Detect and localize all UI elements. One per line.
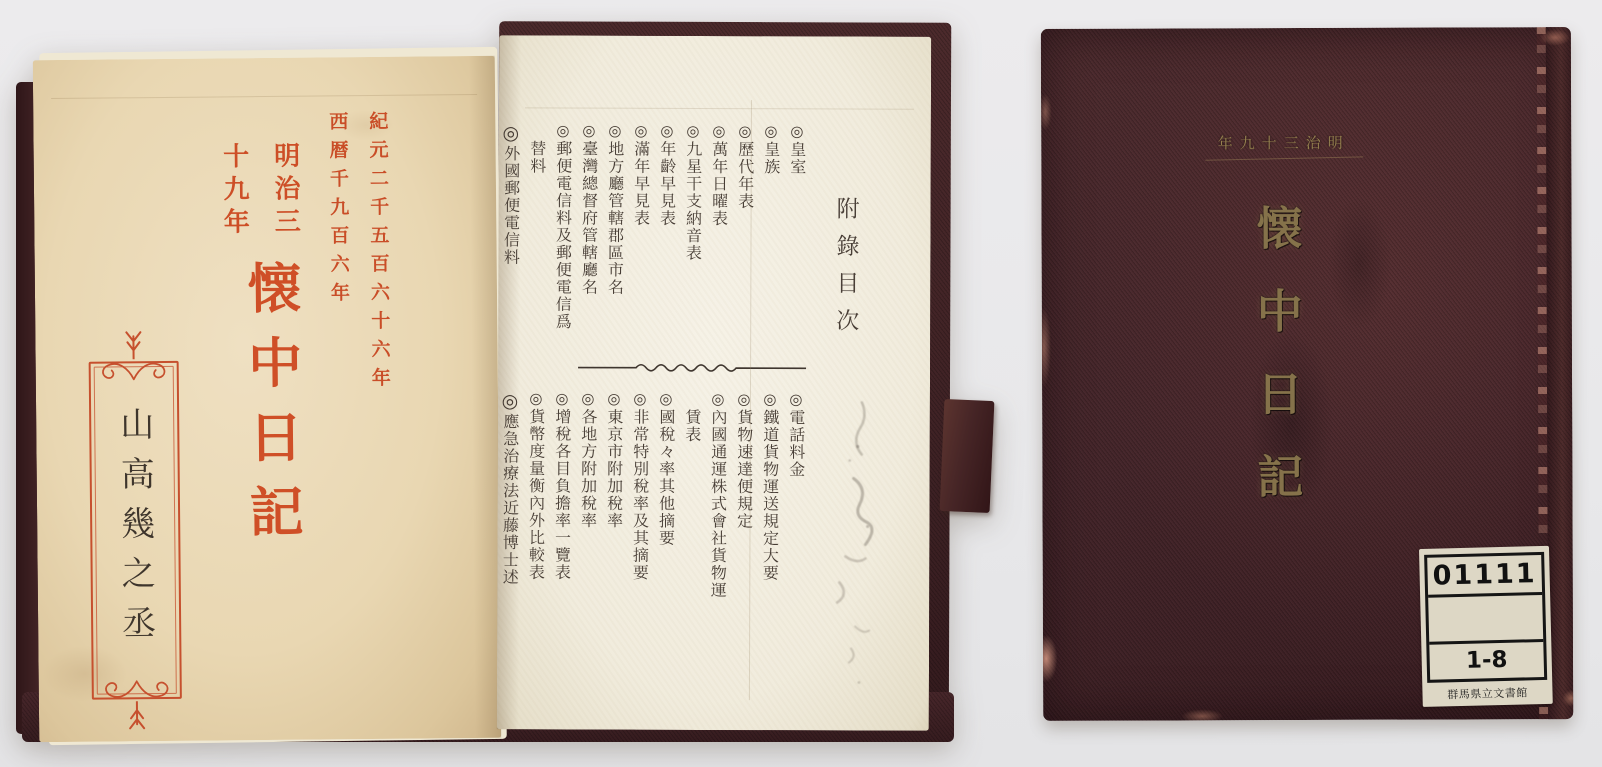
toc-item-label: 滿年早見表 [632,140,651,226]
toc-item-label: 國稅々率其他摘要 [656,409,675,547]
toc-item: ◎萬年日曜表 [707,122,731,372]
page-crease [525,107,914,109]
toc-item-label: 非常特別稅率及其摘要 [630,408,650,581]
era-dates-block: 紀元二千五百六十六年 西暦千九百六年 [311,111,394,442]
toc-item-label: 地方廳管轄郡區市名 [605,140,625,296]
toc-item: ◎臺灣總督府管轄廳名 [577,122,601,372]
toc-item: ◎國稅々率其他摘要 [654,390,678,690]
bullseye-bullet-icon: ◎ [735,390,753,409]
title-page: 紀元二千五百六十六年 西暦千九百六年 明治三 十九年 懐中日記 山高幾之丞 [33,56,502,742]
scroll-curl-icon [95,359,173,382]
toc-item: ◎滿年早見表 [629,122,653,372]
diary-title-text: 懐中日記 [233,260,313,559]
appendix-contents-page: 附錄目次 ◎皇室 ◎皇族 ◎歷代年表 ◎萬年日曜表 ◎九星干支納音表 ◎年齡早見… [497,35,931,731]
toc-item: ◎應急治療法近藤博士述 [498,389,522,689]
bullseye-bullet-icon: ◎ [580,122,598,141]
kigen-era-text: 紀元二千五百六十六年 [364,111,394,441]
toc-item-label: 貨幣度量衡內外比較表 [526,408,546,581]
toc-item-label: 郵便電信料及郵便電信爲 [553,140,573,330]
toc-item: ◎皇族 [759,122,783,372]
clasp-strap [940,399,995,513]
toc-item-label: 萬年日曜表 [710,141,729,227]
meiji-year-block: 明治三 十九年 [202,142,305,273]
bullseye-bullet-icon: ◎ [499,389,521,413]
cover-year-text: 年九十三治明 [1191,132,1376,154]
toc-item: ◎郵便電信料及郵便電信爲 [551,121,575,371]
bullseye-bullet-icon: ◎ [658,122,676,141]
toc-bottom-section: ◎電話料金 ◎鐵道貨物運送規定大要 ◎貨物速達便規定 ◎內國通運株式會社貨物運 … [495,389,808,690]
toc-item: ◎年齡早見表 [655,122,679,372]
bullseye-bullet-icon: ◎ [657,390,675,409]
toc-item: ◎東京市附加稅率 [602,390,626,690]
bullseye-bullet-icon: ◎ [709,390,727,409]
bullseye-bullet-icon: ◎ [710,122,728,141]
bullseye-bullet-icon: ◎ [579,390,597,409]
closed-diary-front-cover: 年九十三治明 懐中日記 01111 1-8 群馬県立文書館 [1041,27,1573,721]
section-divider-rule [576,362,808,375]
toc-item-label: 應急治療法近藤博士述 [500,413,520,586]
toc-item: ◎地方廳管轄郡區市名 [603,122,627,372]
owner-name-cartouche: 山高幾之丞 [83,329,187,732]
toc-item: ◎九星干支納音表 [681,122,705,372]
toc-item-label: 貨物速達便規定 [734,409,753,530]
toc-item: ◎非常特別稅率及其摘要 [628,390,652,690]
toc-item: ◎內國通運株式會社貨物運 [706,390,730,690]
bullseye-bullet-icon: ◎ [762,122,780,141]
toc-item-label: 年齡早見表 [658,141,677,227]
toc-item-label: 各地方附加稅率 [578,408,597,529]
bullseye-bullet-icon: ◎ [500,121,522,145]
toc-top-section: ◎皇室 ◎皇族 ◎歷代年表 ◎萬年日曜表 ◎九星干支納音表 ◎年齡早見表 ◎滿年… [496,121,809,372]
photograph-of-pocket-diary: 紀元二千五百六十六年 西暦千九百六年 明治三 十九年 懐中日記 山高幾之丞 [0,0,1602,767]
bullseye-bullet-icon: ◎ [631,390,649,409]
toc-item-label: 皇室 [788,141,807,176]
bullseye-bullet-icon: ◎ [553,389,571,408]
archive-shelf-code: 1-8 [1429,642,1544,680]
toc-item-label: 臺灣總督府管轄廳名 [579,140,599,296]
toc-item: 替料 [525,121,549,371]
toc-item: ◎各地方附加稅率 [576,390,600,690]
toc-item: 賃表 [680,390,704,690]
archive-number: 01111 [1427,555,1542,598]
cartouche-frame: 山高幾之丞 [89,361,182,700]
toc-item: ◎貨物速達便規定 [732,390,756,690]
sprig-ornament-bottom-icon [125,701,149,731]
toc-item-label: 內國通運株式會社貨物運 [708,409,728,599]
toc-item: ◎電話料金 [784,390,808,690]
toc-item-label: 外國郵便電信料 [501,145,520,266]
meiji-year-col-right: 明治三 [267,142,305,272]
owner-name-text: 山高幾之丞 [110,406,161,655]
bullseye-bullet-icon: ◎ [605,390,623,409]
toc-item: ◎外國郵便電信料 [499,121,523,371]
bullseye-bullet-icon: ◎ [788,122,806,141]
bullseye-bullet-icon: ◎ [761,390,779,409]
archive-label-box: 01111 1-8 [1424,552,1547,683]
archive-label: 01111 1-8 群馬県立文書館 [1419,546,1553,707]
toc-item-label: 東京市附加稅率 [604,408,623,529]
bullseye-bullet-icon: ◎ [684,122,702,141]
toc-item: ◎增稅各目負擔率一覽表 [550,389,574,689]
toc-item-label: 賃表 [683,409,702,444]
appendix-contents-header: 附錄目次 [829,196,863,345]
bullseye-bullet-icon: ◎ [787,390,805,409]
archive-label-blank-row [1428,595,1543,645]
toc-item-label: 皇族 [762,141,781,176]
archive-name-text: 群馬県立文書館 [1427,684,1547,703]
toc-item-label: 鐵道貨物運送規定大要 [760,409,780,582]
sprig-ornament-top-icon [121,329,145,359]
cover-title-text: 懐中日記 [1243,204,1310,535]
bullseye-bullet-icon: ◎ [736,122,754,141]
scroll-curl-icon [98,679,176,702]
bullseye-bullet-icon: ◎ [527,389,545,408]
bullseye-bullet-icon: ◎ [632,122,650,141]
toc-item: ◎歷代年表 [733,122,757,372]
toc-item-label: 增稅各目負擔率一覽表 [552,408,572,581]
toc-item-label: 電話料金 [787,409,806,478]
meiji-year-col-left: 十九年 [216,142,254,272]
toc-item: ◎皇室 [785,122,809,372]
toc-item-label: 歷代年表 [736,141,755,210]
seireki-era-text: 西暦千九百六年 [324,111,354,441]
toc-item-label: 替料 [528,140,547,175]
open-diary-book: 紀元二千五百六十六年 西暦千九百六年 明治三 十九年 懐中日記 山高幾之丞 [14,20,962,744]
bullseye-bullet-icon: ◎ [606,122,624,141]
bullseye-bullet-icon: ◎ [554,121,572,140]
toc-item: ◎貨幣度量衡內外比較表 [524,389,548,689]
toc-item: ◎鐵道貨物運送規定大要 [758,390,782,690]
faded-ink-inscription [815,386,900,706]
toc-item-label: 九星干支納音表 [683,141,702,262]
